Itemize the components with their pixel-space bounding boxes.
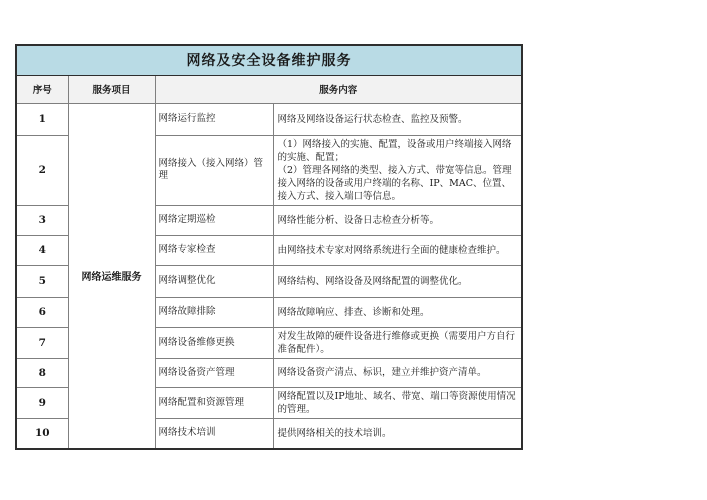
service-name-cell: 网络调整优化 — [155, 265, 273, 297]
row-number: 2 — [16, 135, 68, 205]
service-name-cell: 网络设备资产管理 — [155, 358, 273, 387]
row-number: 4 — [16, 235, 68, 265]
table-row: 1 网络运维服务 网络运行监控 网络及网络设备运行状态检查、监控及预警。 — [16, 103, 522, 135]
service-content-cell: 对发生故障的硬件设备进行维修或更换（需要用户方自行准备配件）。 — [273, 327, 522, 358]
service-content-cell: 网络及网络设备运行状态检查、监控及预警。 — [273, 103, 522, 135]
table-title: 网络及安全设备维护服务 — [16, 45, 522, 75]
service-name-cell: 网络专家检查 — [155, 235, 273, 265]
service-name-cell: 网络配置和资源管理 — [155, 387, 273, 418]
service-content-cell: 网络故障响应、排查、诊断和处理。 — [273, 297, 522, 327]
row-number: 10 — [16, 418, 68, 449]
service-name-cell: 网络故障排除 — [155, 297, 273, 327]
col-header-item: 服务项目 — [68, 75, 155, 103]
service-name-cell: 网络接入（接入网络）管理 — [155, 135, 273, 205]
service-name-cell: 网络技术培训 — [155, 418, 273, 449]
service-table: 网络及安全设备维护服务 序号 服务项目 服务内容 1 网络运维服务 网络运行监控… — [15, 44, 523, 450]
row-number: 8 — [16, 358, 68, 387]
row-number: 7 — [16, 327, 68, 358]
service-content-cell: 网络设备资产清点、标识，建立并维护资产清单。 — [273, 358, 522, 387]
service-content-cell: 由网络技术专家对网络系统进行全面的健康检查维护。 — [273, 235, 522, 265]
service-name-cell: 网络设备维修更换 — [155, 327, 273, 358]
service-content-cell: 网络配置以及IP地址、域名、带宽、端口等资源使用情况的管理。 — [273, 387, 522, 418]
service-name-cell: 网络运行监控 — [155, 103, 273, 135]
header-row: 序号 服务项目 服务内容 — [16, 75, 522, 103]
row-number: 1 — [16, 103, 68, 135]
row-number: 5 — [16, 265, 68, 297]
service-category-cell: 网络运维服务 — [68, 103, 155, 449]
service-content-cell: 网络性能分析、设备日志检查分析等。 — [273, 205, 522, 235]
row-number: 9 — [16, 387, 68, 418]
row-number: 6 — [16, 297, 68, 327]
service-name-cell: 网络定期巡检 — [155, 205, 273, 235]
title-row: 网络及安全设备维护服务 — [16, 45, 522, 75]
service-content-cell: （1）网络接入的实施、配置，设备或用户终端接入网络的实施、配置； （2）管理各网… — [273, 135, 522, 205]
col-header-no: 序号 — [16, 75, 68, 103]
service-content-cell: 网络结构、网络设备及网络配置的调整优化。 — [273, 265, 522, 297]
page: 网络及安全设备维护服务 序号 服务项目 服务内容 1 网络运维服务 网络运行监控… — [0, 0, 707, 500]
col-header-content: 服务内容 — [155, 75, 522, 103]
row-number: 3 — [16, 205, 68, 235]
service-content-cell: 提供网络相关的技术培训。 — [273, 418, 522, 449]
